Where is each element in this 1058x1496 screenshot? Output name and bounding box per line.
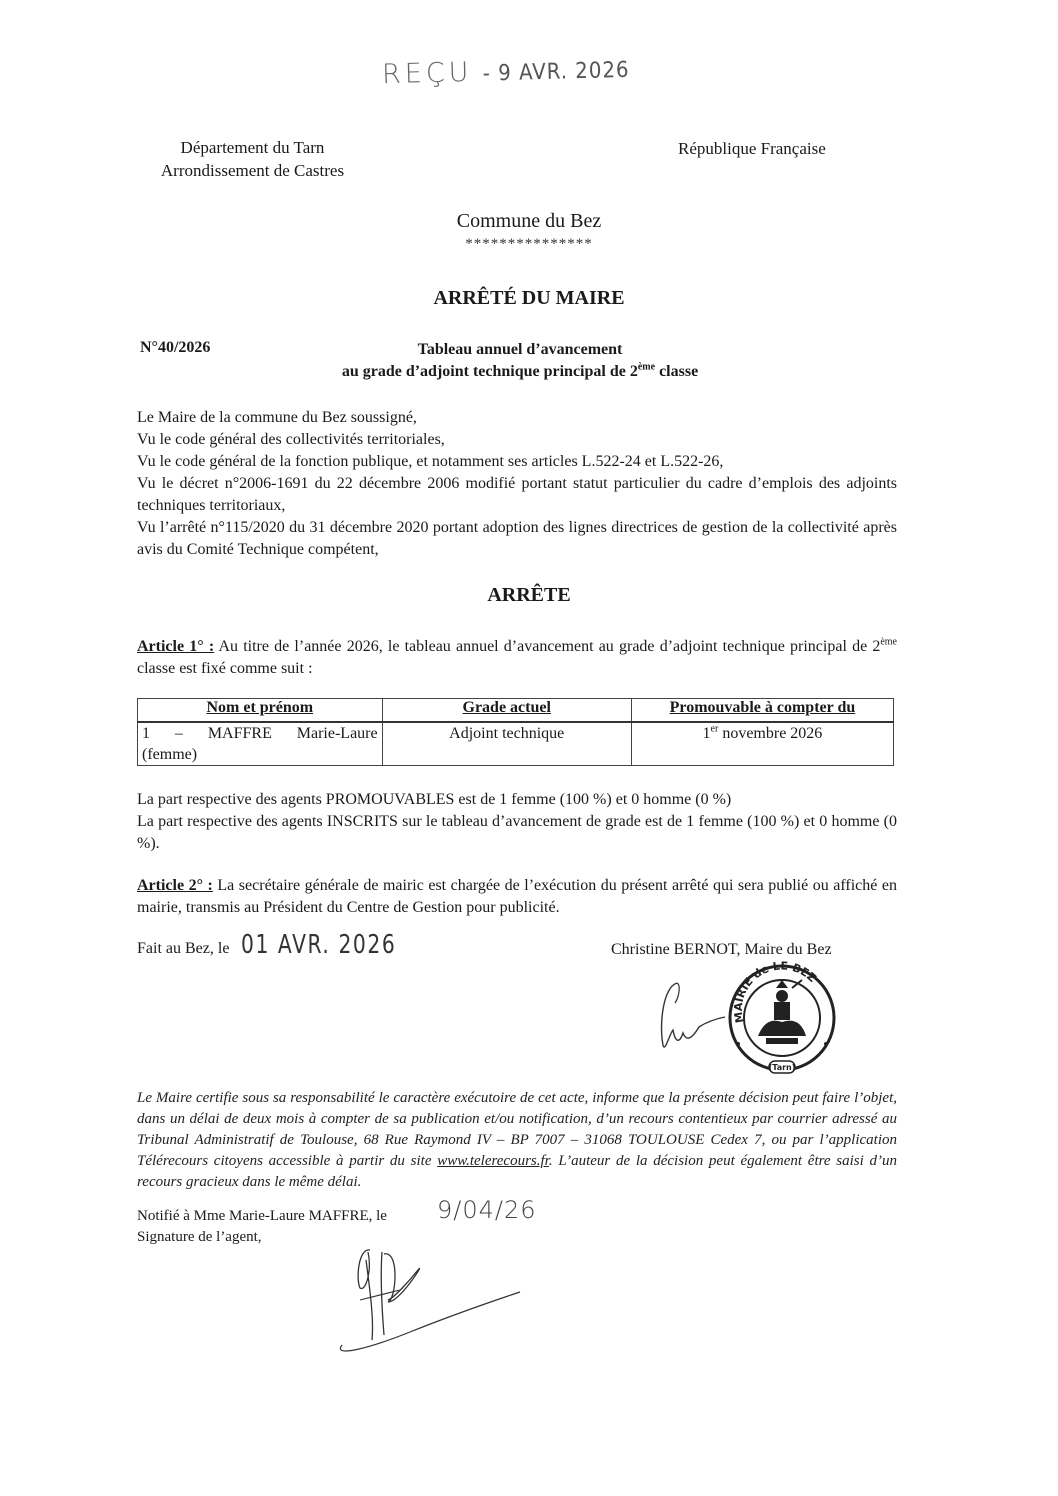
date-stamp: 01 AVR. 2026	[241, 930, 396, 960]
table-row: 1 – MAFFRE Marie-Laure (femme) Adjoint t…	[138, 722, 894, 766]
cell-name: 1 – MAFFRE Marie-Laure (femme)	[138, 722, 383, 766]
decree-subject: Tableau annuel d’avancement au grade d’a…	[280, 339, 760, 383]
ordinal-suffix: ème	[638, 362, 655, 373]
mayor-seal-icon: MAIRIE de LE BEZ (Tarn)	[722, 958, 842, 1078]
commune-name: Commune du Bez	[0, 210, 1058, 233]
telerecours-link[interactable]: www.telerecours.fr	[437, 1153, 549, 1169]
agent-gender: (femme)	[142, 744, 378, 765]
article-1-text: Au titre de l’année 2026, le tableau ann…	[214, 638, 880, 655]
visa-item: Le Maire de la commune du Bez soussigné,	[137, 407, 897, 429]
republic-label: République Française	[678, 139, 826, 159]
share-promouvables: La part respective des agents PROMOUVABL…	[137, 789, 897, 811]
decision-heading: ARRÊTE	[0, 584, 1058, 607]
article-1-label: Article 1° :	[137, 638, 214, 655]
date-day: 1	[703, 725, 711, 742]
arrondissement: Arrondissement de Castres	[130, 159, 375, 182]
subject-line-2: au grade d’adjoint technique principal d…	[280, 361, 760, 383]
received-stamp: REÇU - 9 AVR. 2026	[382, 53, 630, 90]
legal-notice: Le Maire certifie sous sa responsabilité…	[137, 1088, 897, 1193]
decree-number: N°40/2026	[140, 339, 210, 357]
signer-name: Christine BERNOT, Maire du Bez	[611, 941, 832, 959]
agent-name: 1 – MAFFRE Marie-Laure	[142, 723, 378, 744]
received-stamp-label: REÇU	[382, 57, 473, 90]
visas-section: Le Maire de la commune du Bez soussigné,…	[137, 407, 897, 561]
table-header-row: Nom et prénom Grade actuel Promouvable à…	[138, 699, 894, 723]
issuer-block: Département du Tarn Arrondissement de Ca…	[130, 136, 375, 182]
subject-line-1: Tableau annuel d’avancement	[280, 339, 760, 361]
article-1: Article 1° : Au titre de l’année 2026, l…	[137, 636, 897, 680]
share-inscrits: La part respective des agents INSCRITS s…	[137, 811, 897, 855]
received-stamp-date: - 9 AVR. 2026	[482, 58, 629, 87]
ordinal-suffix: ème	[880, 637, 897, 648]
handwritten-date: 9/04/26	[437, 1196, 537, 1224]
column-header-grade: Grade actuel	[382, 699, 631, 723]
subject-text: au grade d’adjoint technique principal d…	[342, 363, 638, 380]
article-2-text: La secrétaire générale de mairic est cha…	[137, 877, 897, 916]
subject-text-end: classe	[655, 363, 698, 380]
place-label: Fait au Bez, le	[137, 940, 229, 957]
column-header-date: Promouvable à compter du	[631, 699, 893, 723]
column-header-name: Nom et prénom	[138, 699, 383, 723]
article-1-text-end: classe est fixé comme suit :	[137, 660, 313, 677]
cell-grade: Adjoint technique	[382, 722, 631, 766]
place-date: Fait au Bez, le 01 AVR. 2026	[137, 930, 441, 960]
promotion-table: Nom et prénom Grade actuel Promouvable à…	[137, 698, 894, 766]
date-rest: novembre 2026	[718, 725, 822, 742]
cell-date: 1er novembre 2026	[631, 722, 893, 766]
visa-item: Vu le décret n°2006-1691 du 22 décembre …	[137, 473, 897, 517]
visa-item: Vu le code général de la fonction publiq…	[137, 451, 897, 473]
article-2-label: Article 2° :	[137, 877, 213, 894]
agent-signature-icon	[330, 1240, 550, 1360]
article-2: Article 2° : La secrétaire générale de m…	[137, 875, 897, 919]
visa-item: Vu le code général des collectivités ter…	[137, 429, 897, 451]
department: Département du Tarn	[130, 136, 375, 159]
separator: ***************	[0, 236, 1058, 253]
visa-item: Vu l’arrêté n°115/2020 du 31 décembre 20…	[137, 517, 897, 561]
gender-shares: La part respective des agents PROMOUVABL…	[137, 789, 897, 855]
svg-text:(Tarn): (Tarn)	[769, 1063, 796, 1072]
document-title: ARRÊTÉ DU MAIRE	[0, 287, 1058, 310]
notification-line: Notifié à Mme Marie-Laure MAFFRE, le	[137, 1206, 387, 1227]
